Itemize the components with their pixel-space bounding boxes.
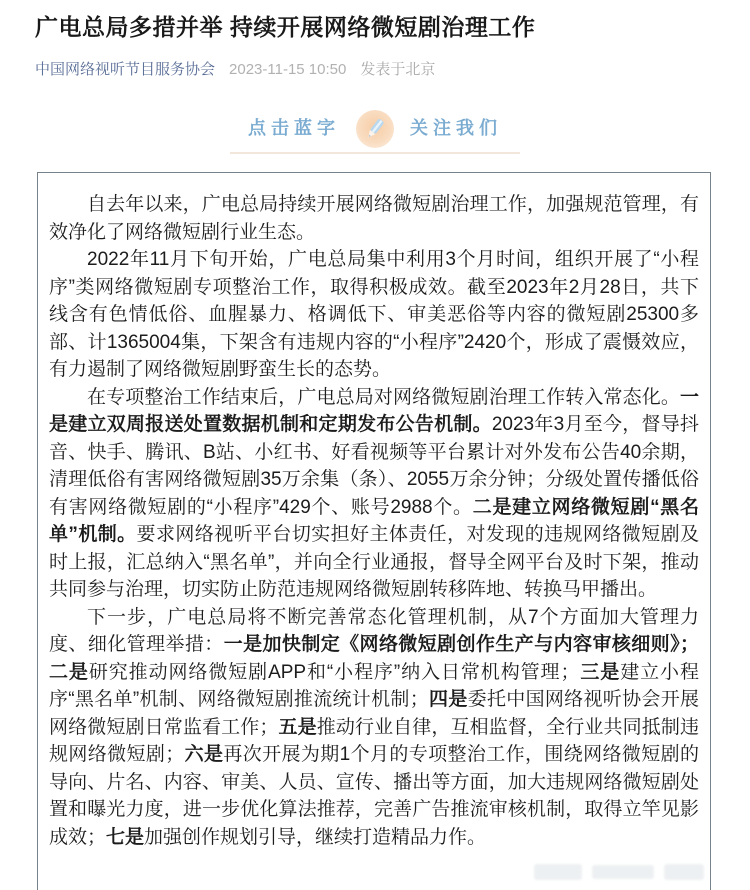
text-run: 在专项整治工作结束后，广电总局对网络微短剧治理工作转入常态化。 [87,387,680,408]
pencil-icon [356,110,394,148]
watermark-logo [534,864,704,880]
article-header: 广电总局多措并举 持续开展网络微短剧治理工作 中国网络视听节目服务协会2023-… [35,0,715,80]
text-run: 加强创作规划引导，继续打造精品力作。 [144,827,486,848]
article-body-box: 自去年以来，广电总局持续开展网络微短剧治理工作，加强规范管理，有效净化了网络微短… [37,172,711,890]
follow-banner-button[interactable]: 点击蓝字 关注我们 [230,104,520,154]
paragraph: 2022年11月下旬开始，广电总局集中利用3个月时间，组织开展了“小程序”类网络… [49,246,699,384]
paragraph: 在专项整治工作结束后，广电总局对网络微短剧治理工作转入常态化。一是建立双周报送处… [49,384,699,604]
paragraph: 自去年以来，广电总局持续开展网络微短剧治理工作，加强规范管理，有效净化了网络微短… [49,191,699,246]
text-run: 研究推动网络微短剧APP和“小程序”纳入日常机构管理； [89,662,580,683]
watermark-shape [592,865,654,879]
watermark-shape [534,864,582,880]
text-run: 自去年以来，广电总局持续开展网络微短剧治理工作，加强规范管理，有效净化了网络微短… [49,194,699,243]
bold-text-run: 四是 [429,689,468,710]
publish-timestamp: 2023-11-15 10:50 [229,61,346,78]
follow-banner: 点击蓝字 关注我们 [0,104,750,154]
bold-text-run: 七是 [106,827,144,848]
article-title: 广电总局多措并举 持续开展网络微短剧治理工作 [35,12,715,42]
wechat-article-page: { "header": { "title": "广电总局多措并举 持续开展网络微… [0,0,750,890]
text-run: 2022年11月下旬开始，广电总局集中利用3个月时间，组织开展了“小程序”类网络… [49,249,699,380]
watermark-shape [664,864,704,880]
bold-text-run: 六是 [184,744,223,765]
follow-us-text: 关注我们 [410,114,502,140]
article-paragraphs: 自去年以来，广电总局持续开展网络微短剧治理工作，加强规范管理，有效净化了网络微短… [49,191,699,851]
text-run: 要求网络视听平台切实担好主体责任，对发现的违规网络微短剧及时上报，汇总纳入“黑名… [49,524,699,600]
account-name-link[interactable]: 中国网络视听节目服务协会 [35,61,215,78]
bold-text-run: 一是加快制定《网络微短剧创作生产与内容审核细则》； [224,634,699,655]
bold-text-run: 五是 [278,717,316,738]
article-meta: 中国网络视听节目服务协会2023-11-15 10:50发表于北京 [35,60,715,80]
click-blue-text: 点击蓝字 [248,114,340,140]
bold-text-run: 三是 [579,662,620,683]
publish-location: 发表于北京 [360,61,435,78]
bold-text-run: 二是 [49,662,89,683]
paragraph: 下一步，广电总局将不断完善常态化管理机制，从7个方面加大管理力度、细化管理举措：… [49,604,699,852]
